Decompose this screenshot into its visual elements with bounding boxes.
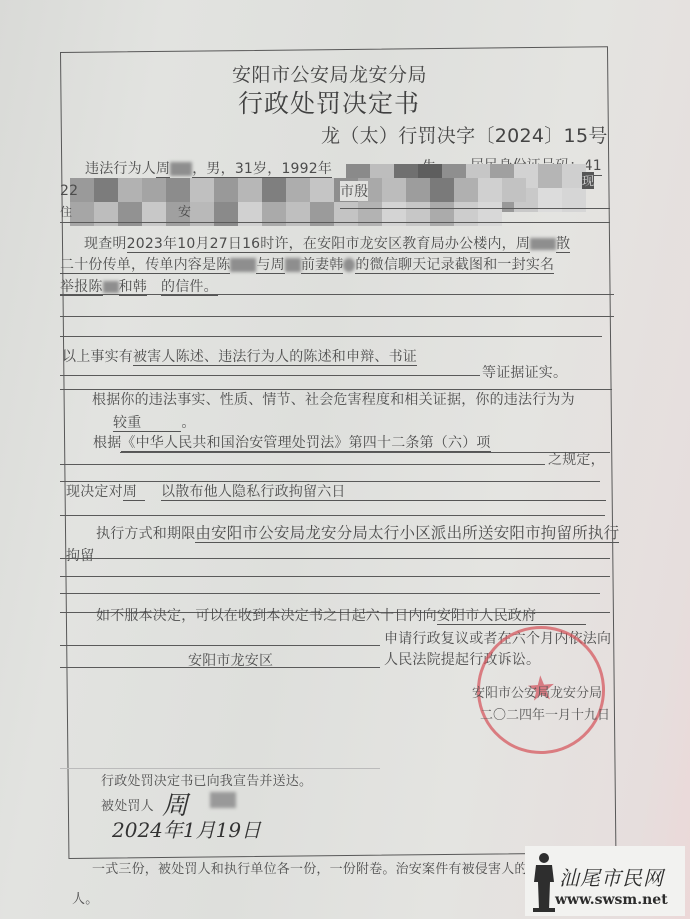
execution-content-cont: 拘留	[66, 545, 94, 565]
footer-line-2: 人。	[72, 888, 98, 907]
rule-line	[60, 222, 610, 223]
rule-line	[60, 667, 380, 668]
rule-line	[340, 208, 610, 209]
ack-signer-label: 被处罚人	[101, 795, 154, 814]
person-silhouette-icon	[533, 852, 555, 912]
rule-line	[60, 645, 380, 646]
rule-line	[60, 375, 480, 376]
facts-line-2: 二十份传单，传单内容是陈与周前妻韩的微信聊天记录截图和一封实名	[60, 254, 554, 274]
issuer-name: 安阳市公安局龙安分局	[472, 682, 602, 701]
redacted-signature	[210, 792, 236, 808]
offender-gender: 男	[206, 161, 220, 178]
facts-text-1-end: 散	[556, 236, 570, 253]
decision-name: 周	[123, 484, 145, 501]
law-suffix: 之规定，	[548, 449, 605, 469]
rule-line	[60, 515, 605, 516]
rule-line	[60, 768, 380, 769]
decision-content: 以散布他人隐私行政拘留六日	[161, 484, 606, 501]
document-photo: 安阳市公安局龙安分局 行政处罚决定书 龙（太）行罚决字〔2024〕15号 违法行…	[0, 0, 690, 919]
facts-text-2-mid2: 前妻韩	[301, 257, 344, 274]
facts-line-1: 现查明2023年10月27日16时许，在安阳市龙安区教育局办公楼内，周散	[84, 233, 570, 253]
evidence-line: 以上事实有被害人陈述、违法行为人的陈述和申辩、书证	[62, 346, 417, 366]
decision-prefix: 现决定对	[66, 484, 123, 500]
footer-line-1: 一式三份，被处罚人和执行单位各一份，一份附卷。治安案件有被侵害人的	[92, 858, 528, 877]
execution-prefix: 执行方式和期限	[96, 526, 195, 542]
facts-line-3: 举报陈和韩的信件。	[60, 276, 218, 296]
redacted-name	[285, 258, 301, 272]
facts-text-2-end: 的微信聊天记录截图和一封实名	[355, 257, 554, 274]
rule-line	[60, 316, 614, 317]
facts-text-2-mid: 与周	[256, 257, 284, 274]
facts-text-2: 二十份传单，传单内容是陈	[60, 257, 230, 274]
rule-line	[60, 336, 602, 337]
severity-line: 根据你的违法事实、性质、情节、社会危害程度和相关证据，你的违法行为为	[92, 389, 575, 409]
ack-line: 行政处罚决定书已向我宣告并送达。	[101, 770, 312, 789]
severity-value: 较重	[113, 415, 181, 432]
offender-id-cont: 22	[60, 183, 78, 199]
offender-line-1: 违法行为人周，男，31岁，1992年	[85, 158, 332, 178]
document-title: 行政处罚决定书	[238, 84, 420, 120]
evidence-suffix: 等证据证实。	[482, 362, 567, 382]
redacted-mosaic-2	[70, 178, 530, 222]
execution-content: 由安阳市公安局龙安分局太行小区派出所送安阳市拘留所执行	[195, 524, 619, 543]
offender-birth-year: 1992年	[281, 161, 332, 178]
document-number: 龙（太）行罚决字〔2024〕15号	[321, 121, 608, 148]
offender-age: 31岁	[235, 161, 267, 178]
issue-date: 二〇二四年一月十九日	[480, 704, 610, 723]
appeal-gov: 安阳市人民政府	[437, 608, 586, 625]
redacted-name	[170, 162, 192, 176]
law-prefix: 根据	[93, 435, 121, 451]
rule-line	[60, 558, 610, 559]
law-line: 根据《中华人民共和国治安管理处罚法》第四十二条第（六）项	[93, 432, 491, 452]
severity-period: 。	[181, 415, 195, 431]
facts-text-1: 2023年10月27日16时许，在安阳市龙安区教育局办公楼内，周	[127, 236, 530, 253]
rule-line	[60, 464, 545, 465]
agency-name: 安阳市公安局龙安分局	[232, 60, 427, 87]
decision-line: 现决定对周以散布他人隐私行政拘留六日	[66, 481, 606, 501]
rule-line	[60, 593, 600, 594]
redacted-name	[530, 238, 556, 250]
offender-label: 违法行为人	[85, 161, 156, 177]
severity-value-row: 较重。	[113, 412, 196, 432]
redacted-name	[230, 258, 256, 272]
law-content: 《中华人民共和国治安管理处罚法》第四十二条第（六）项	[121, 435, 490, 452]
address-fragment: 市殷	[340, 181, 368, 201]
address-cont: 现	[582, 172, 594, 189]
appeal-text-1: 如不服本决定，可以在收到本决定书之日起六十日内向	[96, 608, 437, 624]
offender-surname: 周	[156, 161, 170, 178]
site-watermark: 汕尾市民网 www.swsm.net	[525, 846, 685, 916]
signature-date: 2024年1月19日	[112, 814, 261, 843]
evidence-content: 被害人陈述、违法行为人的陈述和申辩、书证	[133, 349, 417, 366]
facts-prefix: 现查明	[84, 236, 127, 252]
watermark-url: www.swsm.net	[555, 892, 668, 908]
rule-line	[60, 576, 610, 577]
redacted-name	[103, 281, 119, 293]
execution-line: 执行方式和期限由安阳市公安局龙安分局太行小区派出所送安阳市拘留所执行	[96, 521, 619, 543]
evidence-prefix: 以上事实有	[62, 349, 133, 365]
rule-line	[60, 294, 614, 295]
redacted-name	[343, 258, 355, 272]
line3-fragment: 安	[178, 201, 191, 220]
appeal-line-1: 如不服本决定，可以在收到本决定书之日起六十日内向安阳市人民政府	[96, 605, 586, 625]
line3-prefix: 住	[60, 203, 72, 220]
rule-line	[120, 452, 610, 453]
watermark-site-name: 汕尾市民网	[559, 862, 664, 891]
